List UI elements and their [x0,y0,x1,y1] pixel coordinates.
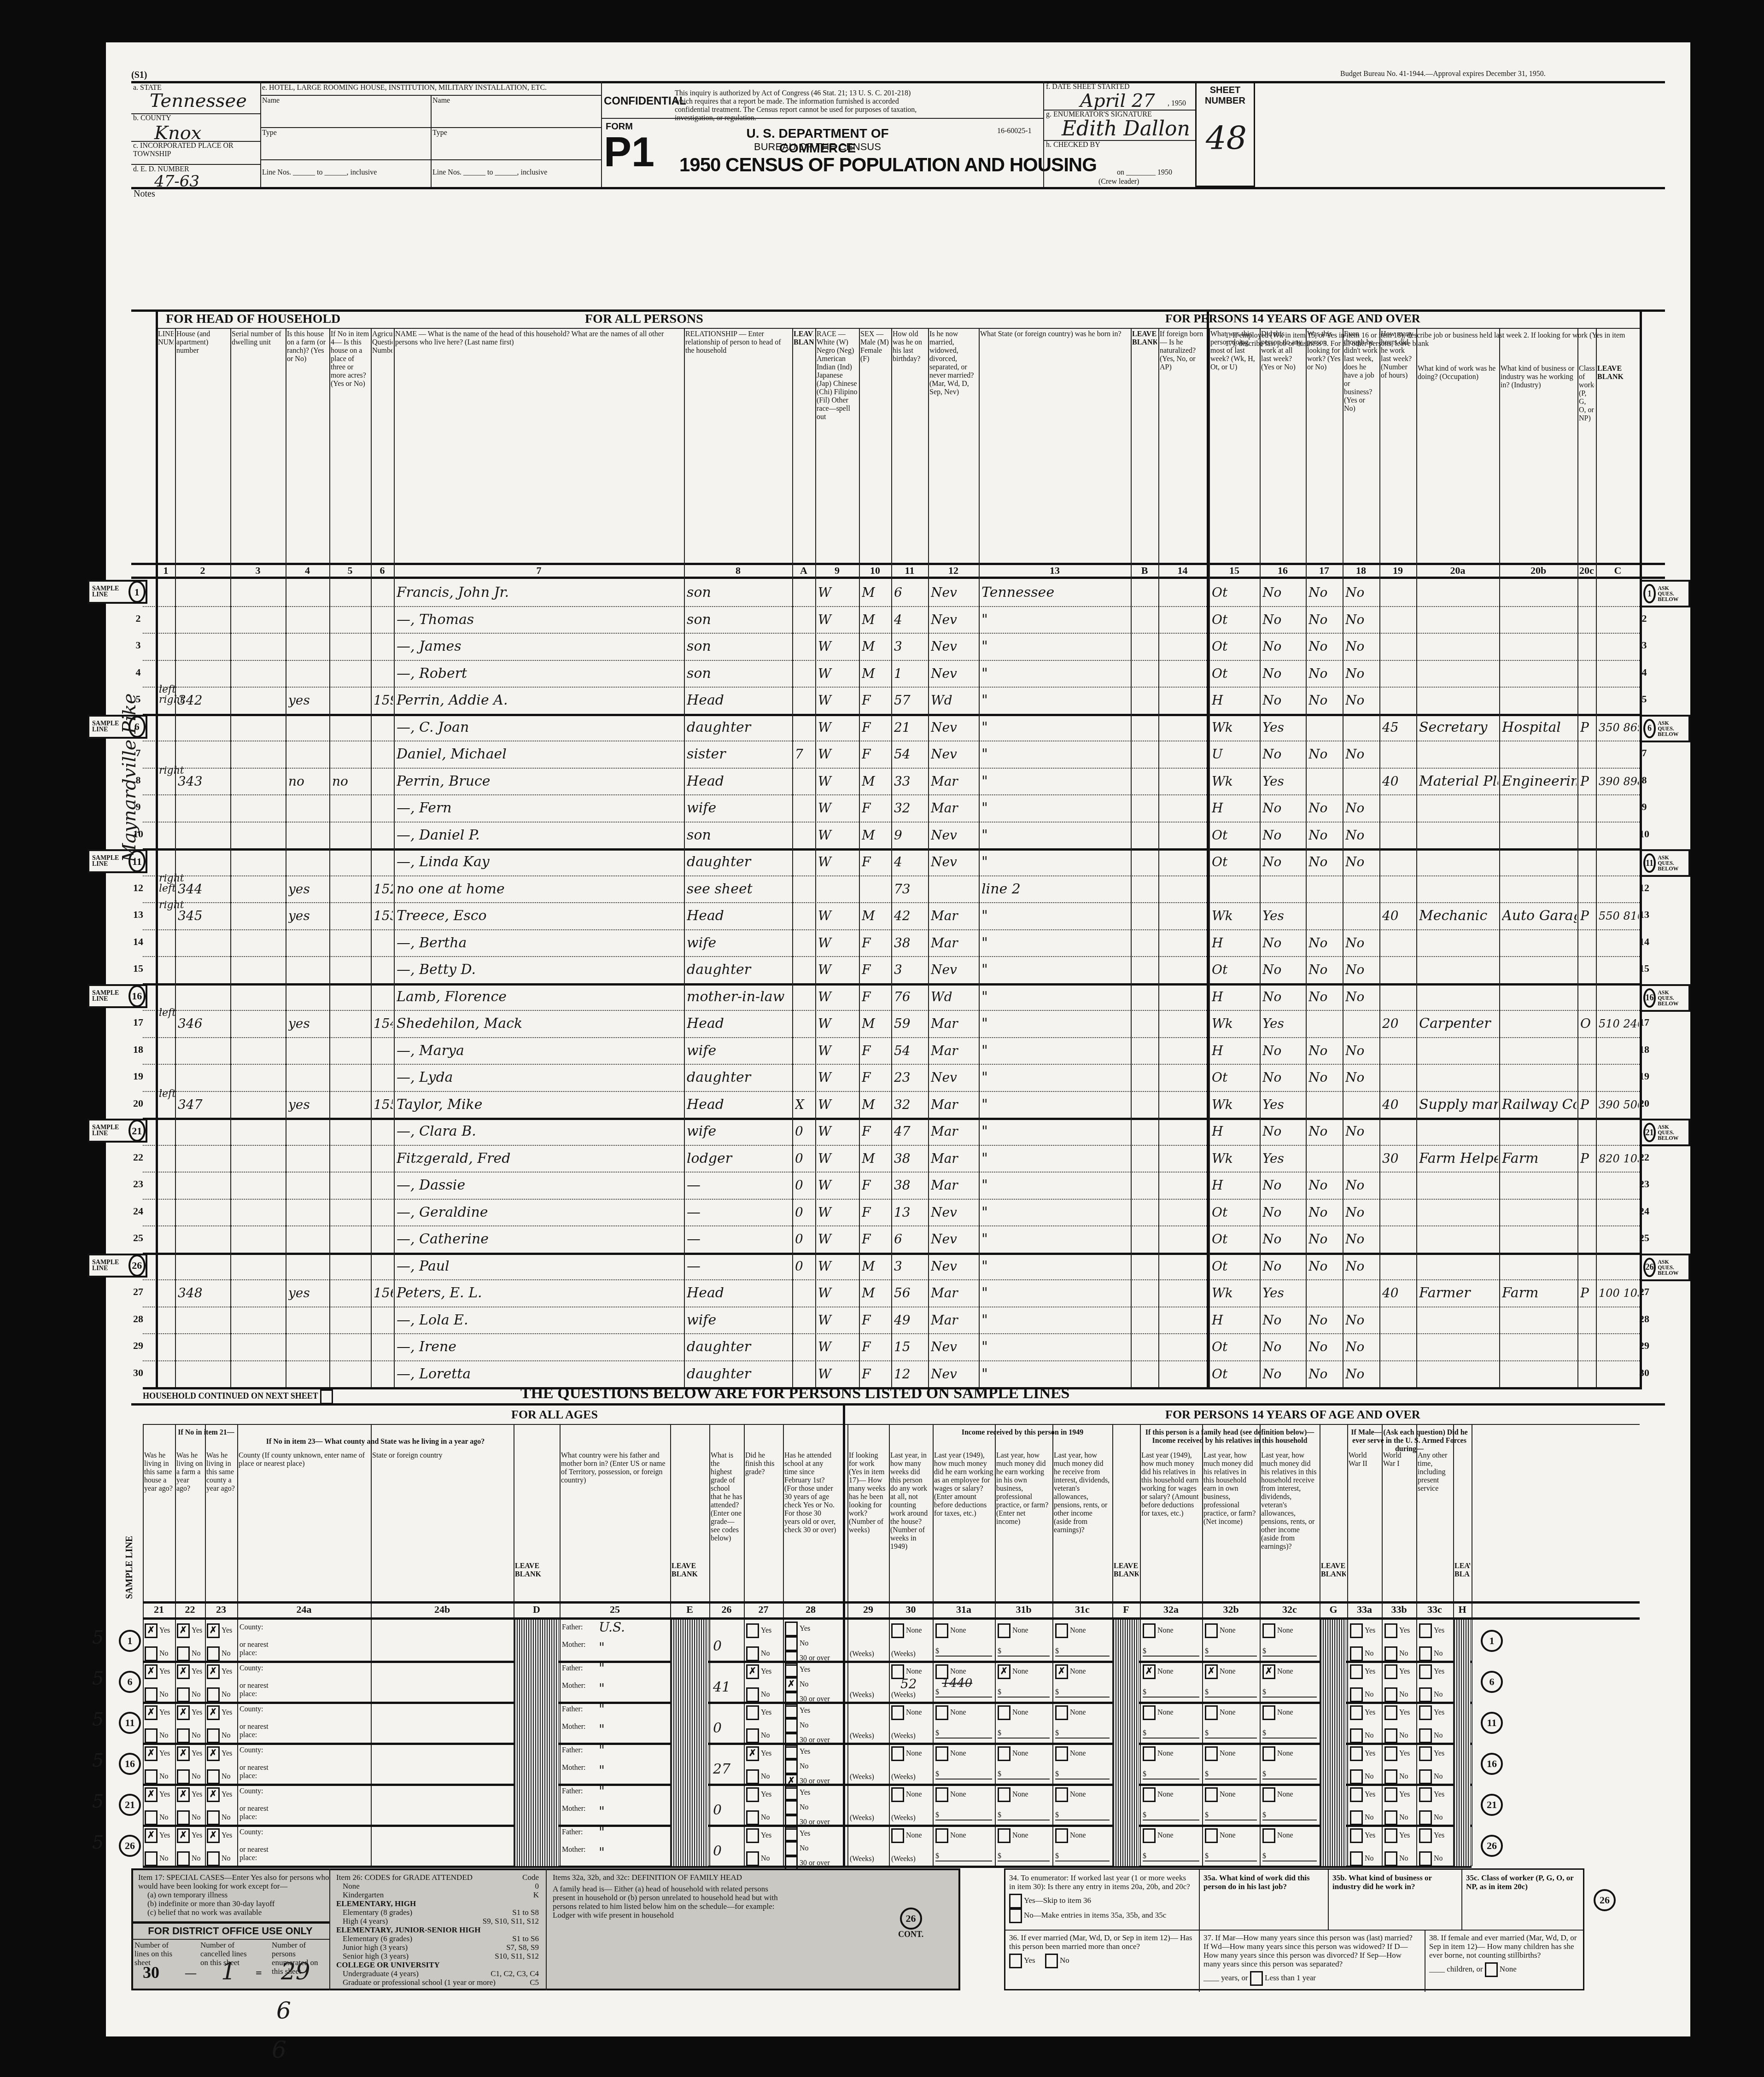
c33b-yes-checkbox[interactable] [1384,1664,1397,1679]
question-38: 38. If female and ever married (Mar, Wd,… [1429,1933,1581,1977]
c33b-yes-checkbox[interactable] [1384,1705,1397,1720]
sample-line-label: SAMPLE LINE [92,1125,125,1137]
father-label: Father: [562,1705,583,1714]
special-cases-title: Item 17: SPECIAL CASES—Enter Yes also fo… [138,1873,332,1890]
cell-name: —, Thomas [397,611,683,629]
c33a-no-checkbox[interactable] [1350,1851,1363,1866]
c28-no-checkbox[interactable]: ✗ [785,1677,798,1692]
section-persons-14: FOR PERSONS 14 YEARS OF AGE AND OVER [1165,312,1420,326]
c31b-none-checkbox[interactable] [998,1828,1011,1843]
grade-code-row: Graduate or professional school (1 year … [336,1978,539,1987]
c31c-none-checkbox[interactable] [1055,1746,1068,1761]
c33c-no-checkbox[interactable] [1419,1687,1432,1702]
c33c-yes-checkbox[interactable] [1419,1746,1432,1761]
c31a-none-checkbox[interactable] [935,1746,948,1761]
cell-rel: son [687,826,791,845]
yes-label: Yes [159,1668,170,1675]
c33a-yes-checkbox[interactable] [1350,1787,1363,1802]
lower-header-c31b: Last year, how much money did he earn wo… [996,1452,1051,1599]
c31a-none-checkbox[interactable] [935,1828,948,1843]
c33a-no-checkbox[interactable] [1350,1728,1363,1743]
father-birthplace: " [599,1661,605,1676]
none-label: None [1012,1627,1028,1634]
cell-sex: F [862,691,890,710]
c28-yes-checkbox[interactable] [785,1704,798,1718]
c32c-none-checkbox[interactable] [1262,1746,1275,1761]
c31b-none-checkbox[interactable] [998,1623,1011,1638]
c28-yes-checkbox[interactable] [785,1785,798,1800]
cell-name: —, Fern [397,799,683,817]
sample-lines-title: THE QUESTIONS BELOW ARE FOR PERSONS LIST… [520,1385,1070,1402]
c32c-none-checkbox[interactable]: ✗ [1262,1664,1275,1679]
no-label: No [1434,1855,1443,1862]
cell-sex: F [862,1230,890,1249]
line-number: 4 [120,666,157,678]
cell-cls: P [1580,772,1595,791]
c31c-none-checkbox[interactable]: ✗ [1055,1664,1068,1679]
c23-yes-checkbox[interactable]: ✗ [207,1787,220,1802]
c33b-no-checkbox[interactable] [1384,1646,1397,1661]
c33a-yes-checkbox[interactable] [1350,1623,1363,1638]
cell-rel: daughter [687,718,791,737]
c23-no-checkbox[interactable] [207,1728,220,1743]
q37-less-checkbox[interactable] [1250,1971,1263,1986]
c32a-none-checkbox[interactable]: ✗ [1143,1664,1156,1679]
c22-yes-checkbox[interactable]: ✗ [177,1705,190,1720]
c33b-no-checkbox[interactable] [1384,1810,1397,1825]
c21-no-checkbox[interactable] [145,1687,158,1702]
cell-occ: Carpenter [1419,1015,1498,1033]
c28-yes-checkbox[interactable] [785,1826,798,1841]
yes-label: Yes [1399,1791,1410,1798]
c22-yes-checkbox[interactable]: ✗ [177,1746,190,1761]
c23-no-checkbox[interactable] [207,1769,220,1784]
c31c-none-checkbox[interactable] [1055,1705,1068,1720]
lower-column-number: 23 [205,1604,237,1616]
c30-none-checkbox[interactable] [891,1828,904,1843]
c23-no-checkbox[interactable] [207,1810,220,1825]
cell-code: 510 246 3 [1599,1015,1639,1033]
c33b-yes-checkbox[interactable] [1384,1828,1397,1843]
hotel-type-label-1: Type [262,129,277,137]
c32c-none-checkbox[interactable] [1262,1623,1275,1638]
cell-race: W [818,961,858,979]
lines-value: 30 [143,1963,159,1982]
c33c-yes-checkbox[interactable] [1419,1664,1432,1679]
cell-age: 23 [894,1068,927,1087]
yes-label: Yes [1434,1668,1444,1675]
c27-no-checkbox[interactable] [746,1810,759,1825]
cell-born: " [981,1230,1130,1249]
c21-no-checkbox[interactable] [145,1728,158,1743]
c30-none-checkbox[interactable] [891,1623,904,1638]
cell-sex: F [862,1203,890,1222]
lower-column-number: 27 [744,1604,783,1616]
cell-ind: Engineering Corp [1502,772,1577,791]
column-header-18: Even though he didn't work last week, do… [1344,330,1378,560]
cell-mar: Nev [931,1338,978,1356]
lower-header-c24b: State or foreign country [372,1452,512,1599]
grade-level: Undergraduate (4 years) [343,1969,419,1978]
hotel-block: e. HOTEL, LARGE ROOMING HOUSE, INSTITUTI… [260,81,602,187]
q34-no-label: No—Make entries in items 35a, 35b, and 3… [1024,1911,1166,1919]
c21-yes-checkbox[interactable]: ✗ [145,1828,158,1843]
c27-yes-checkbox[interactable] [746,1705,759,1720]
c33c-no-checkbox[interactable] [1419,1810,1432,1825]
c31b-none-checkbox[interactable] [998,1746,1011,1761]
column-number-18: 18 [1343,565,1379,577]
c33b-no-checkbox[interactable] [1384,1769,1397,1784]
c21-yes-checkbox[interactable]: ✗ [145,1623,158,1638]
column-number-19: 19 [1379,565,1416,577]
father-label: Father: [562,1664,583,1673]
no-label: No [192,1691,201,1698]
cell-name: —, Linda Kay [397,853,683,871]
cell-mar: Mar [931,934,978,952]
column-number-11: 11 [891,565,928,577]
c31c-none-checkbox[interactable] [1055,1787,1068,1802]
cell-mar: Nev [931,718,978,737]
father-birthplace: " [599,1784,605,1799]
cell-born: " [981,611,1130,629]
c22-yes-checkbox[interactable]: ✗ [177,1828,190,1843]
cell-name: Peters, E. L. [397,1284,683,1302]
c32b-none-checkbox[interactable] [1205,1623,1218,1638]
father-label: Father: [562,1787,583,1796]
c27-yes-checkbox[interactable]: ✗ [746,1664,759,1679]
sample-line-label: SAMPLE LINE [92,1260,125,1272]
c32c-none-checkbox[interactable] [1262,1828,1275,1843]
c23-yes-checkbox[interactable]: ✗ [207,1828,220,1843]
c22-no-checkbox[interactable] [177,1646,190,1661]
c33c-yes-checkbox[interactable] [1419,1828,1432,1843]
cell-name: —, Marya [397,1042,683,1060]
hotel-label: e. HOTEL, LARGE ROOMING HOUSE, INSTITUTI… [262,84,547,92]
household-continued-checkbox[interactable] [320,1389,333,1404]
none-label: None [1277,1668,1293,1675]
cell-born: " [981,772,1130,791]
dollar-sign: $ [998,1811,1001,1819]
c31c-none-checkbox[interactable] [1055,1828,1068,1843]
c33c-no-checkbox[interactable] [1419,1851,1432,1866]
family-head-title: Items 32a, 32b, and 32c: DEFINITION OF F… [553,1873,783,1882]
cell-c16: No [1262,934,1305,952]
c28-no-checkbox[interactable] [785,1800,798,1815]
cell-mar: Nev [931,826,978,845]
c33b-yes-checkbox[interactable] [1384,1746,1397,1761]
c32a-none-checkbox[interactable] [1143,1746,1156,1761]
column-header-12: Is he now married, widowed, divorced, se… [929,330,977,560]
c22-yes-checkbox[interactable]: ✗ [177,1623,190,1638]
cell-age: 3 [894,961,927,979]
c33a-yes-checkbox[interactable] [1350,1828,1363,1843]
c31b-none-checkbox[interactable]: ✗ [998,1664,1011,1679]
column-header-19: How many hours did he work last week? (N… [1381,330,1415,560]
c33a-no-checkbox[interactable] [1350,1810,1363,1825]
none-label: None [1157,1709,1174,1716]
c32b-none-checkbox[interactable] [1205,1828,1218,1843]
c27-no-checkbox[interactable] [746,1851,759,1866]
lower-column-number: 30 [889,1604,933,1616]
c28-yes-checkbox[interactable] [785,1622,798,1636]
cell-agri: 152 [374,880,393,898]
c31a-none-checkbox[interactable] [935,1705,948,1720]
q34-yes-checkbox[interactable] [1009,1894,1022,1908]
cell-born: " [981,799,1130,817]
c22-no-checkbox[interactable] [177,1769,190,1784]
cell-c15: Wk [1212,718,1259,737]
cell-house: 348 [178,1284,229,1302]
c30-none-checkbox[interactable] [891,1787,904,1802]
c33a-yes-checkbox[interactable] [1350,1664,1363,1679]
section-head-of-household: FOR HEAD OF HOUSEHOLD [166,312,340,327]
column-header-13: What State (or foreign country) was he b… [980,330,1129,560]
c33a-yes-checkbox[interactable] [1350,1746,1363,1761]
c32a-none-checkbox[interactable] [1143,1623,1156,1638]
c33a-no-checkbox[interactable] [1350,1769,1363,1784]
yes-label: Yes [761,1627,771,1634]
none-label: None [1012,1832,1028,1839]
cell-mar: Nev [931,611,978,629]
c33b-no-checkbox[interactable] [1384,1851,1397,1866]
none-label: None [1220,1709,1236,1716]
no-label: No [800,1721,809,1729]
c28-no-checkbox[interactable] [785,1841,798,1856]
c27-yes-checkbox[interactable] [746,1623,759,1638]
lower-column-number: 31a [933,1604,995,1616]
cell-mar: Nev [931,1068,978,1087]
c32b-none-checkbox[interactable]: ✗ [1205,1664,1218,1679]
grade-code-list: None0KindergartenKELEMENTARY, HIGHElemen… [336,1882,539,1987]
cell-born: line 2 [981,880,1130,898]
c23-no-checkbox[interactable] [207,1851,220,1866]
c22-yes-checkbox[interactable]: ✗ [177,1787,190,1802]
highest-grade: 0 [713,1638,722,1654]
c23-yes-checkbox[interactable]: ✗ [207,1623,220,1638]
table-row: 2424—, Geraldine—0WF13Nev"OtNoNoNo [106,1199,1690,1226]
c30-none-checkbox[interactable] [891,1705,904,1720]
table-row: 33—, JamessonWM3Nev"OtNoNoNo [106,633,1690,660]
yes-label: Yes [1399,1832,1410,1839]
nearest-place-label: or nearest place: [239,1682,281,1698]
c27-no-checkbox[interactable] [746,1646,759,1661]
cell-c17: No [1308,1068,1342,1087]
cell-c17: No [1308,1257,1342,1276]
column-number-A: A [792,565,815,577]
c28-no-checkbox[interactable] [785,1759,798,1774]
cell-c18: No [1345,1042,1378,1060]
c21-yes-checkbox[interactable]: ✗ [145,1787,158,1802]
c32b-none-checkbox[interactable] [1205,1787,1218,1802]
lower-column-number: 32a [1140,1604,1202,1616]
special-case-c: (c) belief that no work was available [138,1908,332,1917]
c22-no-checkbox[interactable] [177,1687,190,1702]
cell-c18: No [1345,853,1378,871]
c31a-none-checkbox[interactable] [935,1787,948,1802]
cell-agri: 155 [374,1096,393,1114]
q36-no-checkbox[interactable] [1045,1954,1058,1968]
c21-yes-checkbox[interactable]: ✗ [145,1664,158,1679]
sample-line-number: 21 [129,1120,146,1142]
c21-yes-checkbox[interactable]: ✗ [145,1746,158,1761]
cell-race: W [818,583,858,602]
c22-no-checkbox[interactable] [177,1728,190,1743]
c32c-none-checkbox[interactable] [1262,1787,1275,1802]
c32c-none-checkbox[interactable] [1262,1705,1275,1720]
c33a-no-checkbox[interactable] [1350,1646,1363,1661]
c33c-yes-checkbox[interactable] [1419,1623,1432,1638]
nearest-place-label: or nearest place: [239,1723,281,1739]
cell-born: " [981,637,1130,656]
c27-no-checkbox[interactable] [746,1687,759,1702]
c32b-none-checkbox[interactable] [1205,1746,1218,1761]
c31c-none-checkbox[interactable] [1055,1623,1068,1638]
c33c-no-checkbox[interactable] [1419,1646,1432,1661]
cell-mar: Wd [931,988,978,1006]
c23-no-checkbox[interactable] [207,1646,220,1661]
grade-code-row: Undergraduate (4 years)C1, C2, C3, C4 [336,1969,539,1978]
cell-race: W [818,799,858,817]
cell-street-side: right [159,900,177,910]
no-label: No [1399,1773,1408,1780]
c27-yes-checkbox[interactable]: ✗ [746,1746,759,1761]
cell-born: " [981,934,1130,952]
cell-mar: Mar [931,1096,978,1114]
dollar-sign: $ [1143,1811,1146,1819]
c31b-none-checkbox[interactable] [998,1787,1011,1802]
cell-mar: Mar [931,1042,978,1060]
cell-c16: No [1262,1068,1305,1087]
grade-codes: Item 26: CODES for GRADE ATTENDEDCode No… [336,1873,539,1987]
q34-no-checkbox[interactable] [1009,1908,1022,1923]
c27-yes-checkbox[interactable] [746,1828,759,1843]
c27-yes-checkbox[interactable] [746,1787,759,1802]
c22-no-checkbox[interactable] [177,1810,190,1825]
c22-no-checkbox[interactable] [177,1851,190,1866]
cell-a: 0 [795,1149,814,1168]
c31a-none-checkbox[interactable] [935,1623,948,1638]
cell-mar: Mar [931,1122,978,1141]
q38-none-checkbox[interactable] [1485,1962,1498,1977]
c33c-yes-checkbox[interactable] [1419,1705,1432,1720]
sample-row-circle-right: 1 [1481,1630,1503,1652]
grade-level: High (4 years) [343,1917,388,1925]
grade-level: Elementary (8 grades) [343,1908,412,1917]
c21-yes-checkbox[interactable]: ✗ [145,1705,158,1720]
c32a-none-checkbox[interactable] [1143,1705,1156,1720]
c30-none-checkbox[interactable] [891,1746,904,1761]
c33a-no-checkbox[interactable] [1350,1687,1363,1702]
c33c-no-checkbox[interactable] [1419,1728,1432,1743]
cont-circle: 26 [900,1908,922,1930]
grade-code: S1 to S6 [512,1934,539,1943]
c23-yes-checkbox[interactable]: ✗ [207,1746,220,1761]
no-label: No [1434,1773,1443,1780]
cell-c16: No [1262,799,1305,817]
c22-yes-checkbox[interactable]: ✗ [177,1664,190,1679]
cell-c15: Wk [1212,772,1259,791]
c33b-no-checkbox[interactable] [1384,1687,1397,1702]
yes-label: Yes [761,1709,771,1716]
none-label: None [1070,1627,1086,1634]
none-label: None [950,1668,966,1675]
c23-yes-checkbox[interactable]: ✗ [207,1705,220,1720]
c33c-no-checkbox[interactable] [1419,1769,1432,1784]
grade-code: 0 [535,1882,539,1890]
c28-no-checkbox[interactable] [785,1636,798,1651]
cell-sex: F [862,1122,890,1141]
cell-mar: Mar [931,772,978,791]
bureau: BUREAU OF THE CENSUS [707,141,928,153]
c21-no-checkbox[interactable] [145,1810,158,1825]
cell-c16: Yes [1262,1149,1305,1168]
family-head-definition: Items 32a, 32b, and 32c: DEFINITION OF F… [553,1873,783,1919]
cell-born: " [981,1122,1130,1141]
c31b-none-checkbox[interactable] [998,1705,1011,1720]
c32a-none-checkbox[interactable] [1143,1828,1156,1843]
cell-race: W [818,1311,858,1330]
c28-no-checkbox[interactable] [785,1718,798,1733]
cell-mar: Wd [931,691,978,710]
grade-code-row: None0 [336,1882,539,1890]
c33c-yes-checkbox[interactable] [1419,1787,1432,1802]
c23-no-checkbox[interactable] [207,1687,220,1702]
cell-rel: Head [687,907,791,925]
none-label: None [1157,1668,1174,1675]
lower-column-number: 33b [1382,1604,1416,1616]
c33b-no-checkbox[interactable] [1384,1728,1397,1743]
c27-no-checkbox[interactable] [746,1769,759,1784]
c28-yes-checkbox[interactable] [785,1663,798,1677]
hotel-type-label-2: Type [432,129,447,137]
line-number-right: 3 [1630,639,1658,651]
c21-no-checkbox[interactable] [145,1851,158,1866]
c32a-none-checkbox[interactable] [1143,1787,1156,1802]
dollar-sign: $ [1205,1770,1209,1778]
none-label: None [950,1709,966,1716]
c33b-yes-checkbox[interactable] [1384,1787,1397,1802]
c32b-none-checkbox[interactable] [1205,1705,1218,1720]
budget-note: Budget Bureau No. 41-1944.—Approval expi… [1340,70,1546,78]
line-number-right: 14 [1630,936,1658,948]
cell-name: —, Robert [397,665,683,683]
dollar-sign: $ [935,1647,939,1655]
mother-birthplace: " [599,1681,605,1696]
dollar-sign: $ [1262,1729,1266,1737]
yes-label: Yes [1365,1668,1375,1675]
c28-yes-checkbox[interactable] [785,1744,798,1759]
column-header-16: Did this person do any work at all last … [1261,330,1304,560]
cell-rel: wife [687,1311,791,1330]
c33b-yes-checkbox[interactable] [1384,1623,1397,1638]
cell-mar: Nev [931,1203,978,1222]
c27-no-checkbox[interactable] [746,1728,759,1743]
c21-no-checkbox[interactable] [145,1769,158,1784]
column-header-20c: Class of worker (P, G, O, or NP) [1579,365,1595,558]
c23-yes-checkbox[interactable]: ✗ [207,1664,220,1679]
none-label: None [906,1668,922,1675]
c21-no-checkbox[interactable] [145,1646,158,1661]
cell-rel: wife [687,799,791,817]
q36-yes-checkbox[interactable] [1009,1954,1022,1968]
margin-note-6a: 6 [276,1997,291,2024]
c33a-yes-checkbox[interactable] [1350,1705,1363,1720]
line-number-right: 30 [1630,1367,1658,1379]
cell-c15: H [1212,1122,1259,1141]
cell-c18: No [1345,745,1378,764]
column-header-3: Serial number of dwelling unit [232,330,284,560]
none-label: None [950,1750,966,1757]
